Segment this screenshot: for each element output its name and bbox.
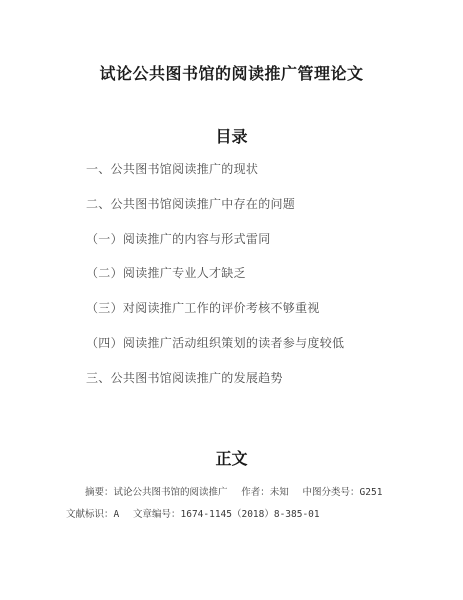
abstract-author: 作者：未知	[241, 487, 289, 498]
doc-id-label: 文献标识：	[66, 509, 114, 520]
document-page: 试论公共图书馆的阅读推广管理论文 目录 一、公共图书馆阅读推广的现状 二、公共图…	[0, 0, 463, 600]
clc-label: 中图分类号：	[303, 487, 360, 498]
author-value: 未知	[270, 487, 289, 498]
toc-heading: 目录	[0, 127, 463, 147]
abstract-clc: 中图分类号：G251	[303, 487, 383, 498]
abstract-line: 文献标识：A 文章编号：1674-1145（2018）8-385-01	[66, 508, 320, 522]
abstract-summary: 摘要：试论公共图书馆的阅读推广	[85, 487, 228, 498]
toc-item[interactable]: 一、公共图书馆阅读推广的现状	[86, 161, 258, 177]
toc-item[interactable]: （三）对阅读推广工作的评价考核不够重视	[86, 300, 320, 316]
abstract-doc-id: 文献标识：A	[66, 509, 119, 520]
article-no-value: 1674-1145（2018）8-385-01	[181, 509, 320, 520]
article-no-label: 文章编号：	[133, 509, 181, 520]
clc-value: G251	[360, 487, 383, 498]
toc-item[interactable]: 三、公共图书馆阅读推广的发展趋势	[86, 370, 283, 386]
doc-id-value: A	[114, 509, 120, 520]
body-heading: 正文	[0, 449, 463, 469]
toc-item[interactable]: （四）阅读推广活动组织策划的读者参与度较低	[86, 335, 344, 351]
toc-item[interactable]: （二）阅读推广专业人才缺乏	[86, 265, 246, 281]
abstract-article-no: 文章编号：1674-1145（2018）8-385-01	[133, 509, 320, 520]
summary-value: 试论公共图书馆的阅读推广	[114, 487, 228, 498]
summary-label: 摘要：	[85, 487, 114, 498]
author-label: 作者：	[241, 487, 270, 498]
abstract-line: 摘要：试论公共图书馆的阅读推广 作者：未知 中图分类号：G251	[85, 486, 382, 500]
document-title: 试论公共图书馆的阅读推广管理论文	[0, 64, 463, 84]
toc-item[interactable]: 二、公共图书馆阅读推广中存在的问题	[86, 196, 295, 212]
toc-item[interactable]: （一）阅读推广的内容与形式雷同	[86, 231, 271, 247]
